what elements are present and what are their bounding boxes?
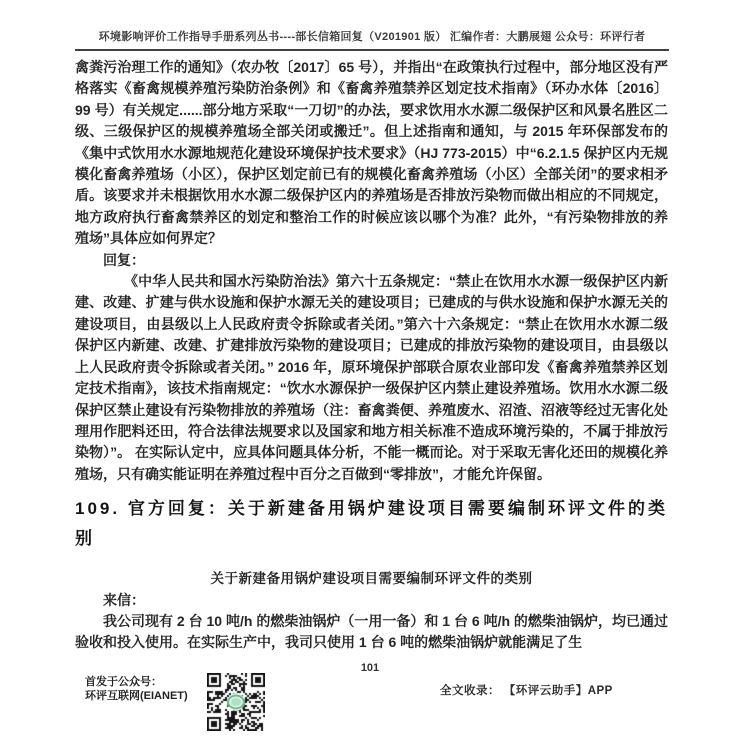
letter-label: 来信： (75, 590, 668, 611)
page-header: 环境影响评价工作指导手册系列丛书----部长信箱回复（V201901 版） 汇编… (75, 28, 669, 51)
footer-publisher-line1: 首发于公众号： (85, 675, 188, 689)
footer-publisher-line2: 环评互联网(EIANET) (85, 689, 188, 703)
page-number: 101 (0, 662, 740, 674)
section-heading-109: 109. 官方回复：关于新建备用锅炉建设项目需要编制环评文件的类别 (75, 494, 668, 554)
qr-code-canvas (207, 673, 265, 731)
page-body: 禽粪污治理工作的通知》（农办牧〔2017〕65 号），并指出“在政策执行过程中，… (75, 57, 668, 654)
body-paragraph-letter: 我公司现有 2 台 10 吨/h 的燃柴油锅炉（一用一备）和 1 台 6 吨/h… (75, 611, 668, 654)
document-page: 环境影响评价工作指导手册系列丛书----部长信箱回复（V201901 版） 汇编… (0, 0, 740, 740)
reply-label: 回复： (75, 250, 668, 271)
body-paragraph-reply: 《中华人民共和国水污染防治法》第六十五条规定：“禁止在饮用水水源一级保护区内新建… (75, 271, 668, 485)
footer-publisher: 首发于公众号： 环评互联网(EIANET) (85, 675, 188, 703)
section-subtitle: 关于新建备用锅炉建设项目需要编制环评文件的类别 (75, 568, 668, 589)
body-paragraph-continuation: 禽粪污治理工作的通知》（农办牧〔2017〕65 号），并指出“在政策执行过程中，… (75, 57, 668, 250)
footer-app-note: 全文收录： 【环评云助手】APP (440, 682, 613, 698)
qr-code-icon (207, 673, 265, 731)
